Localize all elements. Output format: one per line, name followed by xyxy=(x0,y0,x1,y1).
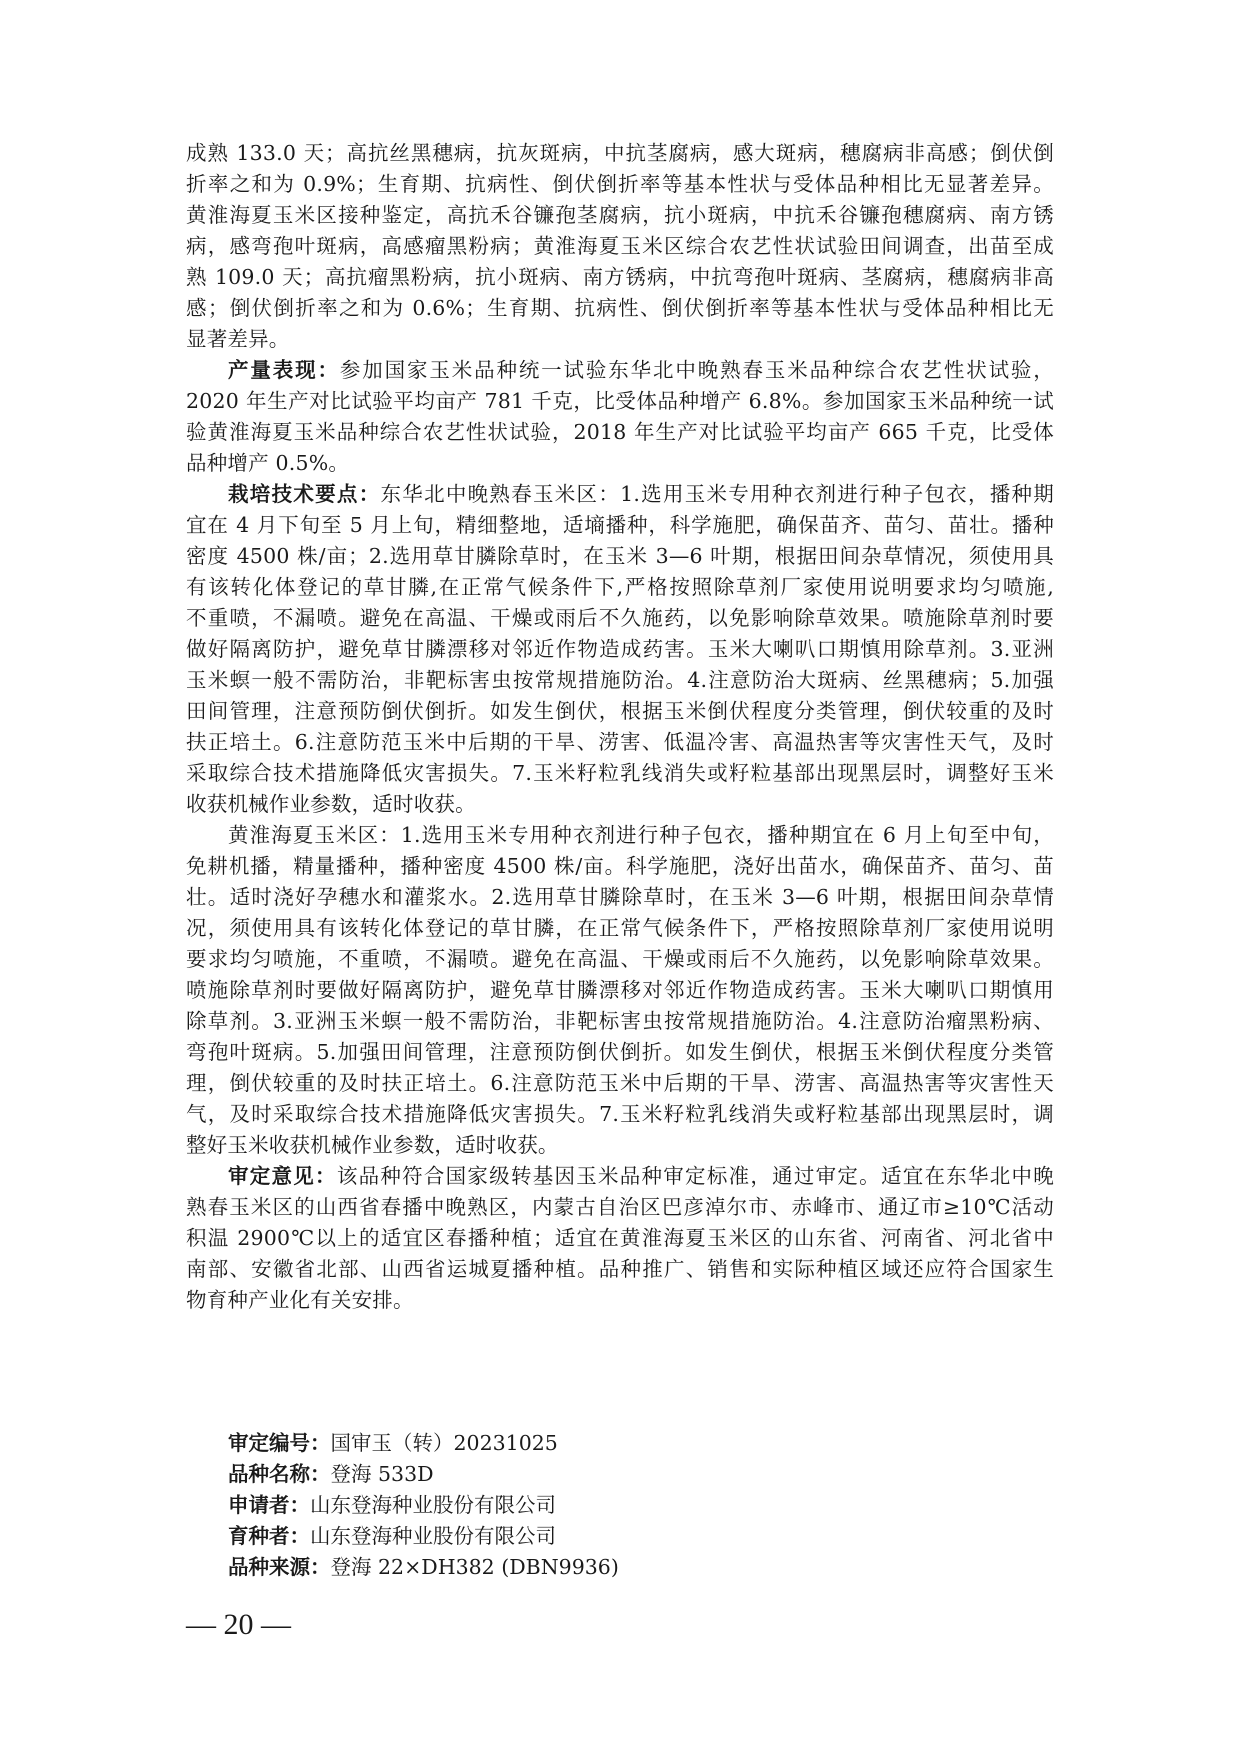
field-value: 山东登海种业股份有限公司 xyxy=(310,1493,556,1517)
breeder-row: 育种者：山东登海种业股份有限公司 xyxy=(228,1521,619,1552)
continuation-paragraph: 成熟 133.0 天；高抗丝黑穗病，抗灰斑病，中抗茎腐病，感大斑病，穗腐病非高感… xyxy=(186,138,1054,355)
text-line: 喷施除草剂时要做好隔离防护，避免草甘膦漂移对邻近作物造成药害。玉米大喇叭口期慎用 xyxy=(186,975,1054,1006)
text-line: 密度 4500 株/亩；2.选用草甘膦除草时，在玉米 3—6 叶期，根据田间杂草… xyxy=(186,541,1054,572)
variety-source-row: 品种来源：登海 22×DH382 (DBN9936) xyxy=(228,1552,619,1583)
text-line: 玉米螟一般不需防治，非靶标害虫按常规措施防治。4.注意防治大斑病、丝黑穗病；5.… xyxy=(186,665,1054,696)
field-label: 育种者： xyxy=(228,1524,310,1548)
text-line: 壮。适时浇好孕穗水和灌浆水。2.选用草甘膦除草时，在玉米 3—6 叶期，根据田间… xyxy=(186,882,1054,913)
yield-section: 产量表现：参加国家玉米品种统一试验东华北中晚熟春玉米品种综合农艺性状试验， 20… xyxy=(186,355,1054,479)
field-value: 登海 533D xyxy=(331,1462,434,1486)
text-line: 免耕机播，精量播种，播种密度 4500 株/亩。科学施肥，浇好出苗水，确保苗齐、… xyxy=(186,851,1054,882)
variety-name-row: 品种名称：登海 533D xyxy=(228,1459,619,1490)
text-line: 验黄淮海夏玉米品种综合农艺性状试验，2018 年生产对比试验平均亩产 665 千… xyxy=(186,417,1054,448)
field-label: 品种来源： xyxy=(228,1555,331,1579)
cultivation-huanghuaihai-section: 黄淮海夏玉米区：1.选用玉米专用种衣剂进行种子包衣，播种期宜在 6 月上旬至中旬… xyxy=(186,820,1054,1161)
text-line: 物育种产业化有关安排。 xyxy=(186,1285,1054,1316)
text-line: 有该转化体登记的草甘膦,在正常气候条件下,严格按照除草剂厂家使用说明要求均匀喷施… xyxy=(186,572,1054,603)
text-line: 理，倒伏较重的及时扶正培土。6.注意防范玉米中后期的干旱、涝害、高温热害等灾害性… xyxy=(186,1068,1054,1099)
text-line: 除草剂。3.亚洲玉米螟一般不需防治，非靶标害虫按常规措施防治。4.注意防治瘤黑粉… xyxy=(186,1006,1054,1037)
field-value: 山东登海种业股份有限公司 xyxy=(310,1524,556,1548)
text-line: 况，须使用具有该转化体登记的草甘膦，在正常气候条件下，严格按照除草剂厂家使用说明 xyxy=(186,913,1054,944)
approval-number-row: 审定编号：国审玉（转）20231025 xyxy=(228,1428,619,1459)
text-line: 病，感弯孢叶斑病，高感瘤黑粉病；黄淮海夏玉米区综合农艺性状试验田间调查，出苗至成 xyxy=(186,231,1054,262)
field-label: 审定编号： xyxy=(228,1431,331,1455)
text-line: 感；倒伏倒折率之和为 0.6%；生育期、抗病性、倒伏倒折率等基本性状与受体品种相… xyxy=(186,293,1054,324)
field-value: 登海 22×DH382 (DBN9936) xyxy=(331,1555,619,1579)
text-line: 收获机械作业参数，适时收获。 xyxy=(186,789,1054,820)
text-line: 扶正培土。6.注意防范玉米中后期的干旱、涝害、低温冷害、高温热害等灾害性天气，及… xyxy=(186,727,1054,758)
page-number: — 20 — xyxy=(186,1605,291,1645)
applicant-row: 申请者：山东登海种业股份有限公司 xyxy=(228,1490,619,1521)
next-entry-metadata: 审定编号：国审玉（转）20231025 品种名称：登海 533D 申请者：山东登… xyxy=(228,1428,619,1583)
text-line: 整好玉米收获机械作业参数，适时收获。 xyxy=(186,1130,1054,1161)
field-label: 品种名称： xyxy=(228,1462,331,1486)
text: 参加国家玉米品种统一试验东华北中晚熟春玉米品种综合农艺性状试验， xyxy=(340,358,1054,382)
text-line: 宜在 4 月下旬至 5 月上旬，精细整地，适墒播种，科学施肥，确保苗齐、苗匀、苗… xyxy=(186,510,1054,541)
text-line: 田间管理，注意预防倒伏倒折。如发生倒伏，根据玉米倒伏程度分类管理，倒伏较重的及时 xyxy=(186,696,1054,727)
text-line: 积温 2900℃以上的适宜区春播种植；适宜在黄淮海夏玉米区的山东省、河南省、河北… xyxy=(186,1223,1054,1254)
text-line: 品种增产 0.5%。 xyxy=(186,448,1054,479)
text-line: 气，及时采取综合技术措施降低灾害损失。7.玉米籽粒乳线消失或籽粒基部出现黑层时，… xyxy=(186,1099,1054,1130)
section-label: 审定意见： xyxy=(228,1164,337,1188)
text: 该品种符合国家级转基因玉米品种审定标准，通过审定。适宜在东华北中晚 xyxy=(337,1164,1054,1188)
text-line: 采取综合技术措施降低灾害损失。7.玉米籽粒乳线消失或籽粒基部出现黑层时，调整好玉… xyxy=(186,758,1054,789)
text-line: 做好隔离防护，避免草甘膦漂移对邻近作物造成药害。玉米大喇叭口期慎用除草剂。3.亚… xyxy=(186,634,1054,665)
cultivation-section: 栽培技术要点：东华北中晚熟春玉米区：1.选用玉米专用种衣剂进行种子包衣，播种期 … xyxy=(186,479,1054,820)
text-line: 成熟 133.0 天；高抗丝黑穗病，抗灰斑病，中抗茎腐病，感大斑病，穗腐病非高感… xyxy=(186,138,1054,169)
text-line: 折率之和为 0.9%；生育期、抗病性、倒伏倒折率等基本性状与受体品种相比无显著差… xyxy=(186,169,1054,200)
field-label: 申请者： xyxy=(228,1493,310,1517)
text-line: 南部、安徽省北部、山西省运城夏播种植。品种推广、销售和实际种植区域还应符合国家生 xyxy=(186,1254,1054,1285)
text: 东华北中晚熟春玉米区：1.选用玉米专用种衣剂进行种子包衣，播种期 xyxy=(381,482,1055,506)
text-line: 熟 109.0 天；高抗瘤黑粉病，抗小斑病、南方锈病，中抗弯孢叶斑病、茎腐病，穗… xyxy=(186,262,1054,293)
text-line: 熟春玉米区的山西省春播中晚熟区，内蒙古自治区巴彦淖尔市、赤峰市、通辽市≥10℃活… xyxy=(186,1192,1054,1223)
document-page: 成熟 133.0 天；高抗丝黑穗病，抗灰斑病，中抗茎腐病，感大斑病，穗腐病非高感… xyxy=(186,138,1054,1316)
approval-opinion-section: 审定意见：该品种符合国家级转基因玉米品种审定标准，通过审定。适宜在东华北中晚 熟… xyxy=(186,1161,1054,1316)
text-line: 显著差异。 xyxy=(186,324,1054,355)
section-label: 栽培技术要点： xyxy=(228,482,381,506)
section-first-line: 黄淮海夏玉米区：1.选用玉米专用种衣剂进行种子包衣，播种期宜在 6 月上旬至中旬… xyxy=(186,820,1054,851)
text-line: 弯孢叶斑病。5.加强田间管理，注意预防倒伏倒折。如发生倒伏，根据玉米倒伏程度分类… xyxy=(186,1037,1054,1068)
text-line: 2020 年生产对比试验平均亩产 781 千克，比受体品种增产 6.8%。参加国… xyxy=(186,386,1054,417)
text-line: 黄淮海夏玉米区接种鉴定，高抗禾谷镰孢茎腐病，抗小斑病，中抗禾谷镰孢穗腐病、南方锈 xyxy=(186,200,1054,231)
section-first-line: 审定意见：该品种符合国家级转基因玉米品种审定标准，通过审定。适宜在东华北中晚 xyxy=(186,1161,1054,1192)
section-first-line: 产量表现：参加国家玉米品种统一试验东华北中晚熟春玉米品种综合农艺性状试验， xyxy=(186,355,1054,386)
section-label: 产量表现： xyxy=(228,358,340,382)
text-line: 要求均匀喷施，不重喷，不漏喷。避免在高温、干燥或雨后不久施药，以免影响除草效果。 xyxy=(186,944,1054,975)
section-first-line: 栽培技术要点：东华北中晚熟春玉米区：1.选用玉米专用种衣剂进行种子包衣，播种期 xyxy=(186,479,1054,510)
text-line: 不重喷，不漏喷。避免在高温、干燥或雨后不久施药，以免影响除草效果。喷施除草剂时要 xyxy=(186,603,1054,634)
field-value: 国审玉（转）20231025 xyxy=(331,1431,558,1455)
